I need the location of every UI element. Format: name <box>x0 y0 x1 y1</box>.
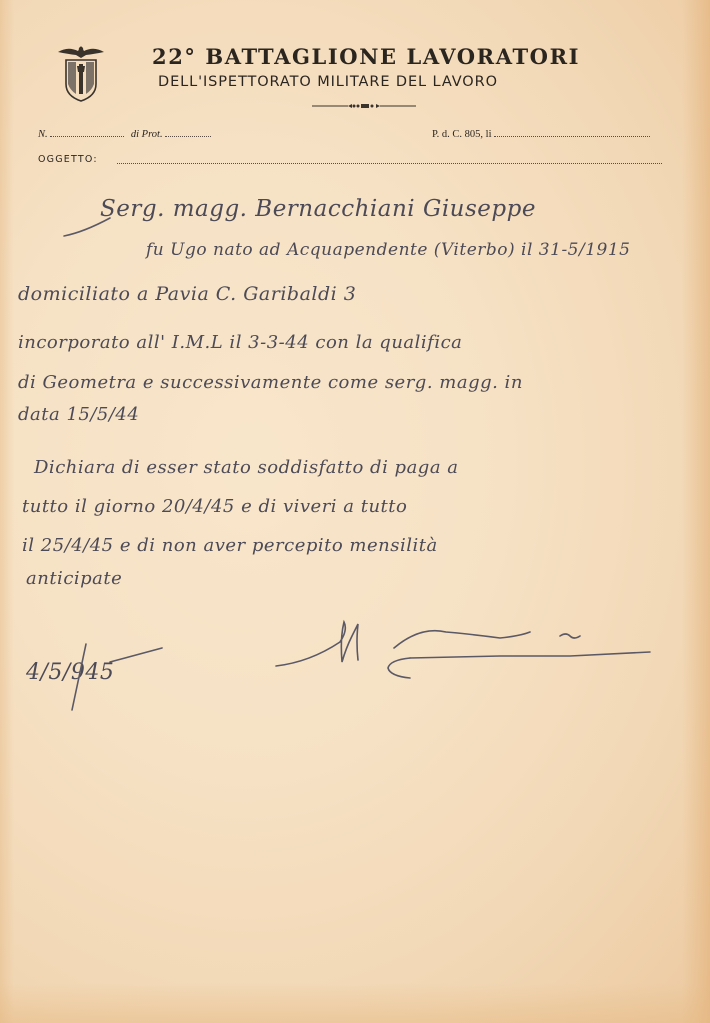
subject-line <box>117 163 662 164</box>
eagle-shield-emblem-icon <box>56 42 106 102</box>
number-label: N. <box>38 129 48 140</box>
handwritten-line-residence: domiciliato a Pavia C. Garibaldi 3 <box>18 283 356 305</box>
signature-text: F.to Bernacchiani <box>400 608 417 609</box>
subject-label: OGGETTO: <box>38 154 98 165</box>
paper-edge-right <box>682 0 710 1023</box>
document-page: 22° BATTAGLIONE LAVORATORI DELL'ISPETTOR… <box>0 0 710 1023</box>
letterhead-subtitle: DELL'ISPETTORATO MILITARE DEL LAVORO <box>158 74 638 90</box>
paper-edge-bottom <box>0 983 710 1023</box>
handwritten-line-declaration-3: il 25/4/45 e di non aver percepito mensi… <box>22 535 438 556</box>
place-label: P. d. C. 805, li <box>432 129 492 140</box>
number-field: N. di Prot. <box>38 127 211 140</box>
handwritten-line-declaration-1: Dichiara di esser stato soddisfatto di p… <box>34 457 459 478</box>
protocol-line <box>165 127 211 137</box>
handwritten-line-birth: fu Ugo nato ad Acquapendente (Viterbo) i… <box>146 240 631 260</box>
pen-flourish <box>62 210 122 240</box>
signature-scrawl <box>270 608 660 680</box>
date-flourish <box>20 640 180 720</box>
paper-edge-left <box>0 0 14 1023</box>
handwritten-line-name: Serg. magg. Bernacchiani Giuseppe <box>100 196 536 222</box>
decorative-rule <box>312 102 416 110</box>
handwritten-line-declaration-4: anticipate <box>26 568 122 589</box>
handwritten-line-incorporation: incorporato all' I.M.L il 3-3-44 con la … <box>18 332 462 353</box>
place-date-field: P. d. C. 805, li <box>432 127 650 140</box>
letterhead-title: 22° BATTAGLIONE LAVORATORI <box>152 44 632 69</box>
handwritten-line-qualification: di Geometra e successivamente come serg.… <box>18 372 523 393</box>
place-date-line <box>494 127 650 137</box>
handwritten-line-declaration-2: tutto il giorno 20/4/45 e di viveri a tu… <box>22 496 407 517</box>
handwritten-line-date: data 15/5/44 <box>18 404 139 425</box>
protocol-label: di Prot. <box>131 129 163 140</box>
number-line <box>50 127 124 137</box>
